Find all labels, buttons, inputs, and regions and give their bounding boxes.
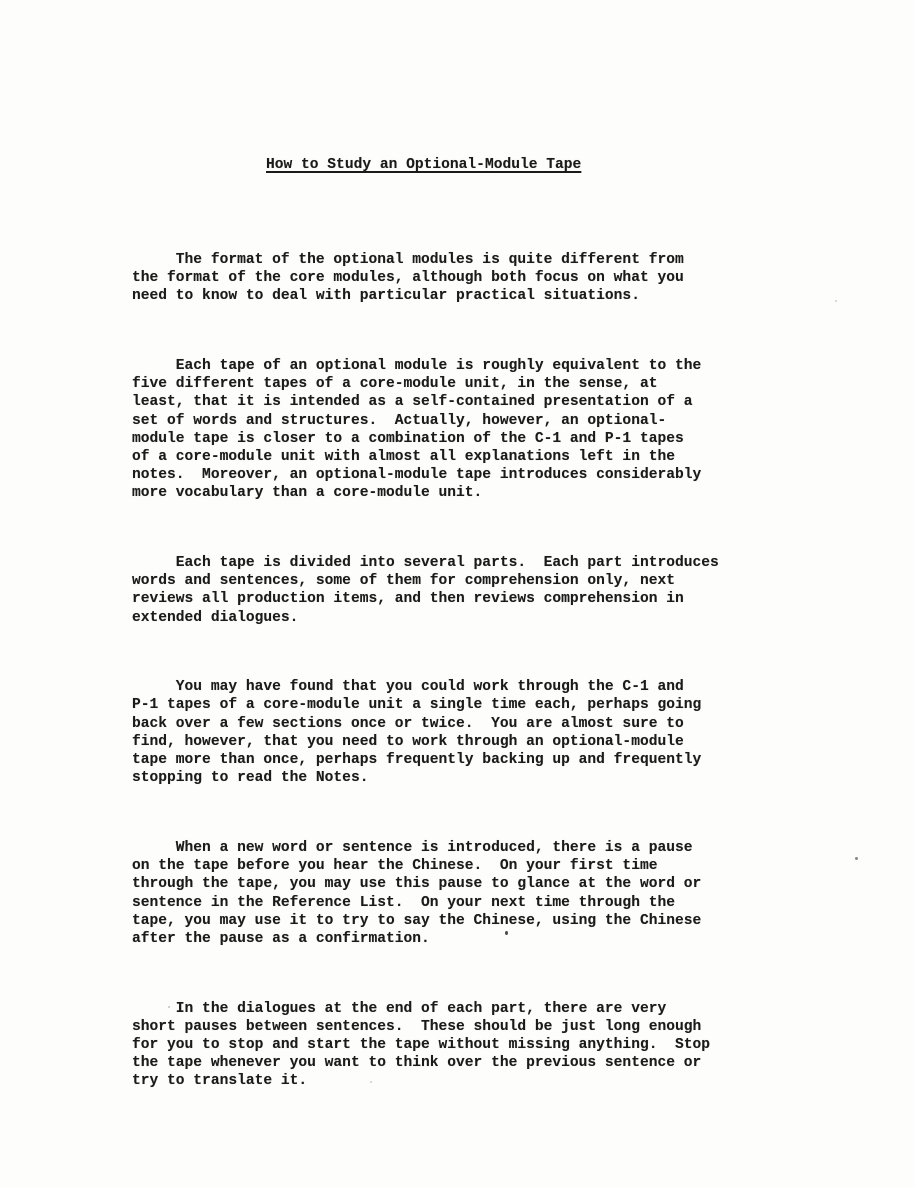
document-content: How to Study an Optional-Module Tape The… [132,120,812,1127]
scan-speck [505,931,508,935]
paragraph-1: The format of the optional modules is qu… [132,251,812,306]
paragraph-5: When a new word or sentence is introduce… [132,839,812,948]
scan-speck [370,1081,372,1083]
scan-speck [855,857,858,860]
paragraph-6: In the dialogues at the end of each part… [132,1000,812,1091]
document-title: How to Study an Optional-Module Tape [266,156,812,174]
document-page: How to Study an Optional-Module Tape The… [0,0,915,1188]
paragraph-3: Each tape is divided into several parts.… [132,554,812,627]
paragraph-4: You may have found that you could work t… [132,678,812,787]
scan-speck [168,1006,170,1008]
scan-speck [835,300,837,302]
paragraph-2: Each tape of an optional module is rough… [132,357,812,503]
